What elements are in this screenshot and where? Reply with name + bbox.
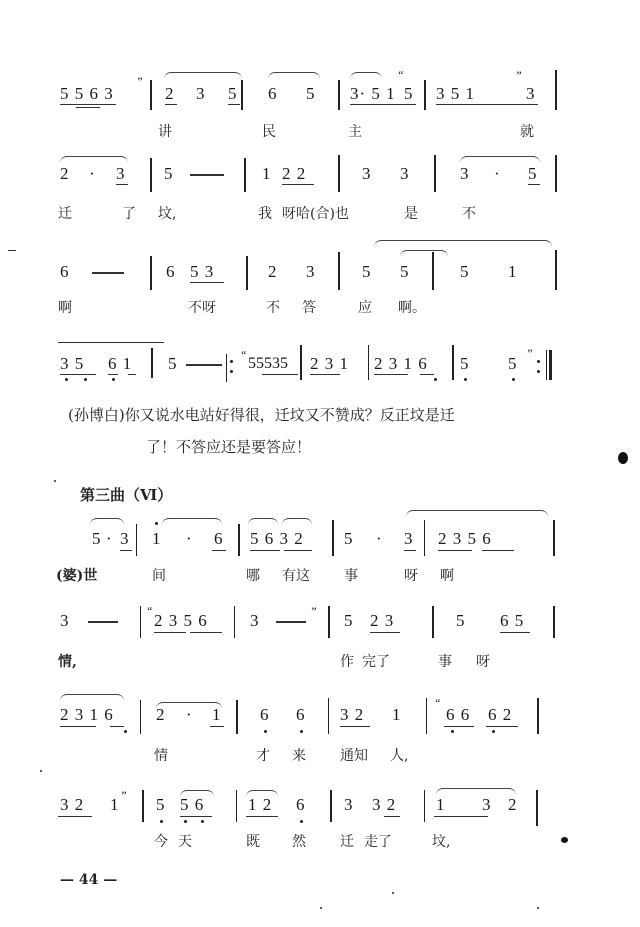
lyric: 啊。: [398, 300, 426, 316]
barline: [536, 790, 538, 826]
octave-dot-below: [492, 730, 495, 733]
lyric: 事: [438, 654, 452, 670]
note: 3 2: [340, 706, 364, 723]
barline: [555, 250, 557, 290]
slur: [164, 72, 242, 79]
octave-dot-below: [300, 820, 303, 823]
lyric: 才: [256, 748, 270, 764]
note: 2 3 1 6: [374, 355, 428, 372]
lyric: 不: [266, 300, 280, 316]
barline: [555, 70, 557, 110]
breath-mark: “: [240, 348, 247, 363]
breath-mark: “: [146, 604, 153, 619]
underline: [282, 184, 314, 185]
note: 3: [120, 530, 130, 547]
barline: [236, 790, 237, 822]
lyric: 来: [292, 748, 306, 764]
note: 5: [228, 85, 238, 102]
repeat-dot: [230, 370, 233, 373]
lyric: 完了: [362, 654, 390, 670]
lyric: 是: [404, 206, 418, 222]
barline: [555, 155, 557, 192]
lyric: 迁: [58, 206, 72, 222]
note: 3: [482, 796, 492, 813]
underline: [262, 374, 298, 375]
barline: [434, 155, 436, 192]
note: 6: [260, 706, 270, 723]
extension-dash: [186, 364, 222, 366]
stray-mark: [40, 770, 42, 772]
note: 2: [60, 165, 70, 182]
note: ·: [494, 165, 501, 182]
lyric: 呀: [476, 654, 490, 670]
extension-dash: [88, 621, 118, 623]
note: 3: [362, 165, 372, 182]
note: 5: [362, 263, 372, 280]
barline: [537, 698, 539, 734]
note: 6 6: [446, 706, 470, 723]
barline: [424, 520, 425, 556]
underline: [438, 550, 472, 551]
octave-dot-below: [184, 820, 187, 823]
barline: [142, 790, 144, 822]
lyric: 民: [262, 124, 276, 140]
barline: [150, 158, 152, 192]
note: 5: [508, 355, 518, 372]
breath-mark: ”: [515, 68, 522, 83]
note: 1: [212, 706, 222, 723]
barline: [140, 700, 141, 734]
lyric: 我: [258, 206, 272, 222]
note: 5: [400, 263, 410, 280]
underline: [404, 550, 416, 551]
underline: [384, 816, 400, 817]
note: 2 3: [370, 612, 394, 629]
note: 5: [460, 263, 470, 280]
underline: [228, 104, 240, 105]
octave-dot-below: [451, 730, 454, 733]
lyric: 间: [152, 568, 166, 584]
extension-dash: [276, 621, 306, 623]
stray-mark: [320, 907, 322, 909]
lyric: 人,: [390, 748, 408, 764]
lyric: 有这: [282, 568, 310, 584]
lyric: 情: [154, 748, 168, 764]
note: 5 6: [180, 796, 204, 813]
lyric: 不呀: [188, 300, 216, 316]
underline: [246, 816, 278, 817]
breath-mark: ”: [136, 74, 143, 89]
barline: [140, 606, 141, 638]
note: 5: [306, 85, 316, 102]
note: 3: [60, 612, 70, 629]
underline: [370, 632, 400, 633]
barline: [432, 252, 434, 290]
note: 2 3 1 6: [60, 706, 114, 723]
stray-mark: [54, 480, 56, 482]
page-number: — 44 —: [60, 872, 117, 888]
barline: [241, 80, 243, 110]
slur: [90, 518, 124, 525]
lyric: 情,: [58, 654, 77, 670]
note: 2 3 1: [310, 355, 349, 372]
slur: [282, 518, 312, 525]
note: 2: [508, 796, 518, 813]
note: 1 2: [248, 796, 272, 813]
note: 5: [168, 355, 178, 372]
barline: [368, 345, 369, 380]
section-heading: 第三曲（Ⅵ）: [80, 484, 172, 505]
note: 3: [250, 612, 260, 629]
dialogue-line-2: 了！不答应还是要答应！: [146, 438, 311, 456]
lyric: 不: [462, 206, 476, 222]
repeat-end-thick: [549, 350, 552, 380]
lyric: 坟,: [158, 206, 176, 222]
repeat-dot: [537, 370, 540, 373]
barline: [432, 606, 434, 638]
lyric: 作: [340, 654, 354, 670]
note: 3 2: [372, 796, 396, 813]
slur: [268, 72, 320, 79]
underline: [154, 632, 186, 633]
barline: [338, 80, 340, 110]
underline: [58, 816, 92, 817]
lyric: 通知: [340, 748, 368, 764]
underline: [165, 104, 177, 105]
lyric: 走了: [364, 834, 392, 850]
note: 6: [296, 706, 306, 723]
stray-mark: [392, 892, 394, 894]
octave-dot-below: [124, 730, 127, 733]
underline: [110, 726, 124, 727]
breath-mark: “: [397, 68, 404, 83]
note: 6: [214, 530, 224, 547]
note: 3: [344, 796, 354, 813]
repeat-dot: [537, 360, 540, 363]
breath-mark: “: [434, 696, 441, 711]
lyric: 天: [178, 834, 192, 850]
underline: [108, 374, 118, 375]
barline: [328, 606, 330, 638]
note: ·: [186, 706, 193, 723]
barline: [236, 700, 238, 734]
barline: [244, 158, 246, 192]
note: 5: [528, 165, 538, 182]
note: 6 5: [500, 612, 524, 629]
underline: [486, 726, 518, 727]
repeat-start-thin: [226, 354, 227, 382]
lyric: 坟,: [432, 834, 450, 850]
barline: [424, 790, 425, 822]
note: 3: [306, 263, 316, 280]
octave-dot-below: [464, 378, 467, 381]
underline: [120, 550, 132, 551]
note: 5: [404, 85, 414, 102]
octave-dot-below: [160, 820, 163, 823]
note: 6: [268, 85, 278, 102]
slur: [460, 156, 540, 163]
stray-mark: [537, 907, 539, 909]
lyric: 应: [358, 300, 372, 316]
note: 3: [400, 165, 410, 182]
note: 6: [166, 263, 176, 280]
note: 5: [460, 355, 470, 372]
slur: [374, 240, 552, 247]
barline: [328, 698, 329, 734]
barline: [426, 698, 427, 734]
lyric: 了: [122, 206, 136, 222]
underline: [374, 374, 408, 375]
lyric: 哪: [246, 568, 260, 584]
note: ·: [106, 530, 113, 547]
note: 6: [296, 796, 306, 813]
repeat-dot: [230, 360, 233, 363]
barline: [246, 256, 248, 290]
octave-dot-below: [201, 820, 204, 823]
barline: [136, 524, 137, 556]
note: ·: [376, 530, 383, 547]
barline: [553, 606, 555, 638]
slur: [60, 156, 128, 163]
underline: [420, 374, 434, 375]
lyric: 呀: [404, 568, 418, 584]
note: 5: [344, 530, 354, 547]
slur-line: [58, 342, 164, 343]
note: 6 1: [108, 355, 132, 372]
note: 1: [392, 706, 402, 723]
note: 3: [460, 165, 470, 182]
repeat-end-thin: [546, 350, 547, 380]
note: 2 3 5 6: [438, 530, 492, 547]
underline: [190, 282, 224, 283]
note: 5: [344, 612, 354, 629]
note: 2: [268, 263, 278, 280]
note: 5: [164, 165, 174, 182]
octave-dot-below: [512, 378, 515, 381]
underline: [444, 726, 474, 727]
barline: [553, 520, 555, 556]
underline: [482, 550, 514, 551]
note: 1: [110, 796, 120, 813]
lyric: 讲: [158, 124, 172, 140]
underline: [210, 726, 224, 727]
barline: [452, 345, 454, 380]
barline: [150, 80, 152, 110]
barline: [332, 520, 334, 556]
underline: [60, 374, 96, 375]
barline: [338, 155, 340, 192]
barline: [300, 345, 302, 380]
underline: [250, 550, 280, 551]
lyric: 啊: [58, 300, 72, 316]
dialogue-line-1: (孙博白)你又说水电站好得很，迁坟又不赞成？反正坟是迁: [68, 406, 455, 424]
underline: [180, 816, 212, 817]
octave-dot-below: [112, 378, 115, 381]
lyric: 啊: [440, 568, 454, 584]
slur: [436, 788, 516, 795]
underline: [60, 726, 96, 727]
note: 3: [526, 85, 536, 102]
note: 3· 5 1: [350, 85, 396, 102]
octave-dot-below: [300, 730, 303, 733]
ink-blot: [618, 452, 628, 464]
slur: [350, 72, 382, 79]
note: 1: [262, 165, 272, 182]
note: 2 2: [282, 165, 306, 182]
ink-blot: [561, 837, 568, 843]
note: ·: [186, 530, 193, 547]
extension-dash: [92, 272, 124, 274]
breath-mark: ”: [310, 604, 317, 619]
underline: [212, 550, 226, 551]
barline: [424, 80, 426, 110]
lyric: 今: [154, 834, 168, 850]
slur: [400, 250, 448, 257]
extension-dash: [190, 174, 224, 176]
note: 2: [156, 706, 166, 723]
breath-mark: ”: [526, 346, 533, 361]
barline: [338, 252, 340, 290]
barline: [150, 256, 152, 290]
underline: [190, 632, 222, 633]
underline: [434, 816, 488, 817]
note: 1: [436, 796, 446, 813]
breath-mark: ”: [120, 788, 127, 803]
note: 3: [116, 165, 126, 182]
underline: [436, 104, 538, 105]
lyric: 然: [292, 834, 306, 850]
lyric: 就: [520, 124, 534, 140]
underline: [116, 184, 128, 185]
underline: [350, 104, 416, 105]
lyric: 答: [302, 300, 316, 316]
note: 3: [196, 85, 206, 102]
note: 55535: [248, 355, 288, 372]
note: 6: [60, 263, 70, 280]
note: 5: [456, 612, 466, 629]
note: 1: [508, 263, 518, 280]
stray-mark: [8, 250, 16, 251]
slur: [406, 510, 548, 517]
note: 3 5: [60, 355, 84, 372]
note: 6 2: [488, 706, 512, 723]
octave-dot-below: [65, 378, 68, 381]
note: 5 3: [190, 263, 214, 280]
lyric: 迁: [340, 834, 354, 850]
lyric: 主: [348, 124, 362, 140]
octave-dot-below: [434, 378, 437, 381]
note: 2 3 5 6: [154, 612, 208, 629]
underline: [500, 632, 530, 633]
barline: [238, 524, 240, 556]
lyric: 既: [246, 834, 260, 850]
note: 5: [156, 796, 166, 813]
note: 5 5 6 3: [60, 85, 114, 102]
slur: [60, 694, 124, 701]
note: 3 5 1: [436, 85, 475, 102]
barline: [330, 790, 332, 822]
lyric: (婆)世: [56, 568, 97, 584]
slur: [248, 518, 278, 525]
octave-dot-below: [264, 730, 267, 733]
note: 1: [152, 530, 162, 547]
underline: [340, 726, 370, 727]
underline: [76, 107, 100, 108]
note: 2: [165, 85, 175, 102]
underline: [60, 104, 116, 105]
note: 3: [404, 530, 414, 547]
slur: [162, 518, 222, 525]
underline: [528, 184, 540, 185]
barline: [234, 606, 235, 638]
note: 3 2: [60, 796, 84, 813]
note: 5: [92, 530, 102, 547]
octave-dot-below: [84, 378, 87, 381]
note: 5 6 3 2: [250, 530, 304, 547]
underline: [284, 550, 312, 551]
lyric: 呀哈(合)也: [282, 206, 349, 222]
underline: [310, 374, 340, 375]
lyric: 事: [344, 568, 358, 584]
note: ·: [89, 165, 96, 182]
barline: [151, 348, 153, 378]
underline: [128, 374, 136, 375]
octave-dot-above: [155, 522, 158, 525]
